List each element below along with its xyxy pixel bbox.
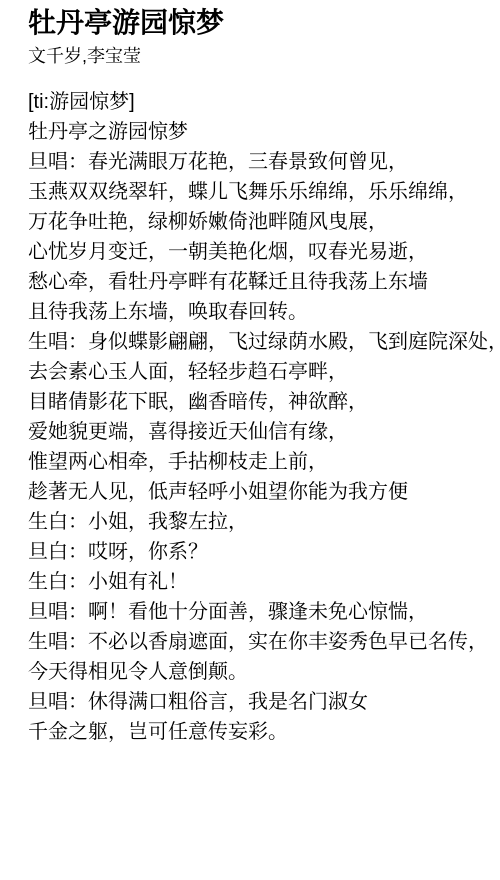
artists-line: 文千岁,李宝莹 xyxy=(28,44,500,68)
lyric-line: 生白：小姐，我黎左拉， xyxy=(28,507,500,537)
lyric-line: 惟望两心相牵，手拈柳枝走上前， xyxy=(28,447,500,477)
lyric-line: 心忧岁月变迁，一朝美艳化烟，叹春光易逝， xyxy=(28,237,500,267)
lyric-line: 千金之躯，岂可任意传妄彩。 xyxy=(28,717,500,747)
lyric-line: 牡丹亭之游园惊梦 xyxy=(28,117,500,147)
lyric-line: 爱她貌更端，喜得接近天仙信有缘， xyxy=(28,417,500,447)
lyric-line: 愁心牵，看牡丹亭畔有花鞣迁且待我荡上东墙 xyxy=(28,267,500,297)
lyric-line: 旦唱：啊！看他十分面善，骤逢未免心惊惴， xyxy=(28,597,500,627)
lyric-line: 玉燕双双绕翠轩，蝶儿飞舞乐乐绵绵，乐乐绵绵， xyxy=(28,177,500,207)
lyric-line: 且待我荡上东墙，唤取春回转。 xyxy=(28,297,500,327)
lyric-line: 万花争吐艳，绿柳娇嫩倚池畔随风曳展， xyxy=(28,207,500,237)
lyric-line: 生唱：身似蝶影翩翩，飞过绿荫水殿，飞到庭院深处， xyxy=(28,327,500,357)
lyric-line: 生白：小姐有礼！ xyxy=(28,567,500,597)
lyrics-page: 牡丹亭游园惊梦 文千岁,李宝莹 [ti:游园惊梦] 牡丹亭之游园惊梦 旦唱：春光… xyxy=(0,0,500,880)
lyric-line: 趁著无人见，低声轻呼小姐望你能为我方便 xyxy=(28,477,500,507)
lyric-line: 旦白：哎呀，你系？ xyxy=(28,537,500,567)
lyric-line: 旦唱：春光满眼万花艳，三春景致何曾见， xyxy=(28,147,500,177)
lyric-line-ti-tag: [ti:游园惊梦] xyxy=(28,87,500,117)
page-title: 牡丹亭游园惊梦 xyxy=(28,4,500,42)
lyric-line: 今天得相见令人意倒颠。 xyxy=(28,657,500,687)
lyric-line: 去会素心玉人面，轻轻步趋石亭畔， xyxy=(28,357,500,387)
lyrics-body: [ti:游园惊梦] 牡丹亭之游园惊梦 旦唱：春光满眼万花艳，三春景致何曾见， 玉… xyxy=(28,87,500,747)
lyric-line: 旦唱：休得满口粗俗言，我是名门淑女 xyxy=(28,687,500,717)
lyric-line: 目睹倩影花下眠，幽香暗传，神欲醉， xyxy=(28,387,500,417)
lyric-line: 生唱：不必以香扇遮面，实在你丰姿秀色早已名传， xyxy=(28,627,500,657)
